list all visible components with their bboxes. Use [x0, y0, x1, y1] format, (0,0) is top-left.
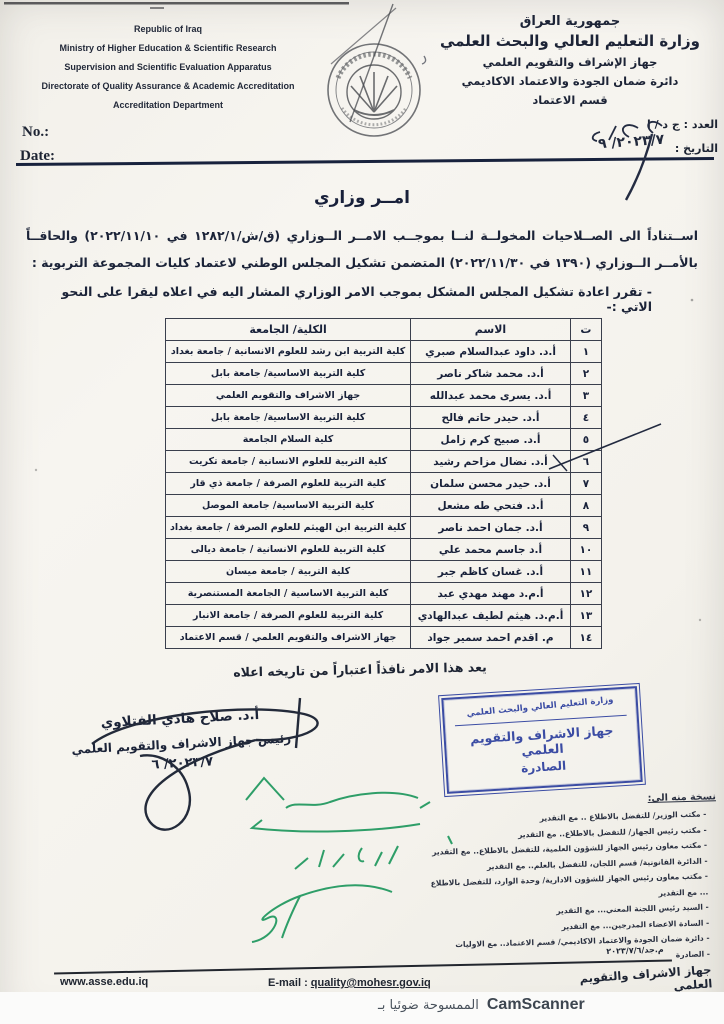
document-number-line: العدد : ج د / ا: [540, 118, 718, 131]
header-arabic: جمهورية العراق وزارة التعليم العالي والب…: [430, 14, 710, 110]
table-row: ٩أ.د. جمان احمد ناصركلية التربية ابن اله…: [166, 517, 602, 539]
email-label: E-mail :: [268, 977, 308, 989]
members-table: ت الاسم الكلية/ الجامعة ١أ.د. داود عبدال…: [165, 318, 602, 649]
member-college: كلية التربية الاساسية / الجامعة المستنصر…: [166, 583, 411, 605]
header-en-line: Republic of Iraq: [38, 20, 298, 39]
member-college: كلية التربية / جامعة ميسان: [166, 561, 411, 583]
scanned-document-page: Republic of Iraq Ministry of Higher Educ…: [0, 0, 724, 1024]
member-name: أ.د. نضال مزاحم رشيد: [411, 451, 571, 473]
member-name: أ.د. صبيح كرم زامل: [411, 429, 571, 451]
member-name: أ.د جاسم محمد علي: [411, 539, 571, 561]
table-row: ١٣أ.م.د. هيثم لطيف عبدالهاديكلية التربية…: [166, 605, 602, 627]
member-name: أ.د. يسرى محمد عبدالله: [411, 385, 571, 407]
order-decision-line: - تقرر اعادة تشكيل المجلس المشكل بموجب ا…: [30, 284, 680, 314]
green-handwritten-note: [246, 778, 452, 942]
member-college: كلية التربية ابن الهيثم للعلوم الصرفة / …: [166, 517, 411, 539]
row-number: ١١: [570, 561, 601, 583]
scan-edge-mark: [4, 2, 349, 5]
row-number: ٩: [570, 517, 601, 539]
table-row: ٣أ.د. يسرى محمد عبداللهجهاز الاشراف والت…: [166, 385, 602, 407]
header-en-line: Supervision and Scientific Evaluation Ap…: [38, 58, 298, 77]
row-number: ٨: [570, 495, 601, 517]
table-row: ٨أ.د. فتحي طه مشعلكلية التربية الاساسية/…: [166, 495, 602, 517]
header-ar-line: وزارة التعليم العالي والبحث العلمي: [430, 29, 710, 53]
table-row: ٥أ.د. صبيح كرم زاملكلية السلام الجامعة: [166, 429, 602, 451]
member-college: كلية التربية الاساسية/ جامعة الموصل: [166, 495, 411, 517]
member-name: أ.د. داود عبدالسلام صبري: [411, 341, 571, 363]
member-name: أ.د. حيدر حاتم فالح: [411, 407, 571, 429]
official-stamp: وزارة التعليم العالي والبحث العلمي جهاز …: [441, 686, 642, 794]
member-name: أ.د. حيدر محسن سلمان: [411, 473, 571, 495]
effective-note: يعد هذا الامر نافذاً اعتباراً من تاريخه …: [60, 656, 660, 684]
member-name: م. اقدم احمد سمير جواد: [411, 627, 571, 649]
header-divider-line: [16, 157, 714, 166]
member-college: كلية التربية للعلوم الانسانية / جامعة تك…: [166, 451, 411, 473]
member-college: كلية التربية للعلوم الصرفة / جامعة ذي قا…: [166, 473, 411, 495]
footer-email: E-mail : quality@mohesr.gov.iq: [268, 977, 431, 989]
camscanner-brand: CamScanner: [487, 996, 585, 1014]
document-title: امــر وزاري: [0, 188, 724, 208]
member-college: كلية التربية ابن رشد للعلوم الانسانية / …: [166, 341, 411, 363]
header-ar-line: دائرة ضمان الجودة والاعتماد الاكاديمي: [430, 72, 710, 91]
row-number: ١٣: [570, 605, 601, 627]
table-header-row: ت الاسم الكلية/ الجامعة: [166, 319, 602, 341]
row-number: ٧: [570, 473, 601, 495]
signature-block: أ.د. صلاح هادي الفتلاوي رئيس جهاز الاشرا…: [56, 700, 305, 778]
email-address: quality@mohesr.gov.iq: [311, 977, 431, 989]
table-row: ٦أ.د. نضال مزاحم رشيدكلية التربية للعلوم…: [166, 451, 602, 473]
order-paragraph: اســتناداً الى الصــلاحيات المخولــة لنـ…: [26, 222, 698, 276]
header-en-line: Ministry of Higher Education & Scientifi…: [38, 39, 298, 58]
col-header-name: الاسم: [411, 319, 571, 341]
footer-website: www.asse.edu.iq: [60, 976, 148, 988]
row-number: ٤: [570, 407, 601, 429]
row-number: ١٤: [570, 627, 601, 649]
col-header-college: الكلية/ الجامعة: [166, 319, 411, 341]
ministry-seal-icon: [318, 30, 430, 146]
row-number: ١: [570, 341, 601, 363]
table-row: ٧أ.د. حيدر محسن سلمانكلية التربية للعلوم…: [166, 473, 602, 495]
header-en-line: Accreditation Department: [38, 96, 298, 115]
copies-list: نسخة منه الى: مكتب الوزير/ للتفضل بالاطل…: [426, 791, 720, 969]
row-number: ٦: [570, 451, 601, 473]
member-college: كلية السلام الجامعة: [166, 429, 411, 451]
header-english: Republic of Iraq Ministry of Higher Educ…: [38, 20, 298, 115]
table-row: ١أ.د. داود عبدالسلام صبريكلية التربية اب…: [166, 341, 602, 363]
member-college: كلية التربية الاساسية/ جامعة بابل: [166, 363, 411, 385]
header-ar-line: قسم الاعتماد: [430, 91, 710, 110]
table-row: ١١أ.د. غسان كاظم جبركلية التربية / جامعة…: [166, 561, 602, 583]
member-name: أ.م.د مهند مهدي عبد: [411, 583, 571, 605]
member-name: أ.م.د. هيثم لطيف عبدالهادي: [411, 605, 571, 627]
header-en-line: Directorate of Quality Assurance & Acade…: [38, 77, 298, 96]
member-college: كلية التربية الاساسية/ جامعة بابل: [166, 407, 411, 429]
camscanner-strip: [0, 992, 724, 1024]
table-row: ١٠أ.د جاسم محمد عليكلية التربية للعلوم ا…: [166, 539, 602, 561]
header-ar-line: جهاز الإشراف والتقويم العلمي: [430, 53, 710, 72]
no-label: No.:: [22, 124, 49, 141]
row-number: ٢: [570, 363, 601, 385]
camscanner-arabic-text: الممسوحة ضوئيا بـ: [378, 998, 479, 1013]
member-college: جهاز الاشراف والتقويم العلمي / قسم الاعت…: [166, 627, 411, 649]
table-row: ٤أ.د. حيدر حاتم فالحكلية التربية الاساسي…: [166, 407, 602, 429]
row-number: ١٠: [570, 539, 601, 561]
header-ar-line: جمهورية العراق: [430, 14, 710, 29]
table-row: ١٤م. اقدم احمد سمير جوادجهاز الاشراف وال…: [166, 627, 602, 649]
member-name: أ.د. فتحي طه مشعل: [411, 495, 571, 517]
member-name: أ.د. غسان كاظم جبر: [411, 561, 571, 583]
table-row: ١٢أ.م.د مهند مهدي عبدكلية التربية الاساس…: [166, 583, 602, 605]
camscanner-watermark: الممسوحة ضوئيا بـ CamScanner: [378, 996, 585, 1014]
stamp-apparatus-line: جهاز الاشراف والتقويم العلمي: [455, 715, 629, 762]
member-name: أ.د. جمان احمد ناصر: [411, 517, 571, 539]
row-number: ١٢: [570, 583, 601, 605]
member-college: كلية التربية للعلوم الانسانية / جامعة دي…: [166, 539, 411, 561]
member-college: جهاز الاشراف والتقويم العلمي: [166, 385, 411, 407]
member-college: كلية التربية للعلوم الصرفة / جامعة الانب…: [166, 605, 411, 627]
row-number: ٥: [570, 429, 601, 451]
member-name: أ.د. محمد شاكر ناصر: [411, 363, 571, 385]
table-row: ٢أ.د. محمد شاكر ناصركلية التربية الاساسي…: [166, 363, 602, 385]
col-header-number: ت: [570, 319, 601, 341]
row-number: ٣: [570, 385, 601, 407]
